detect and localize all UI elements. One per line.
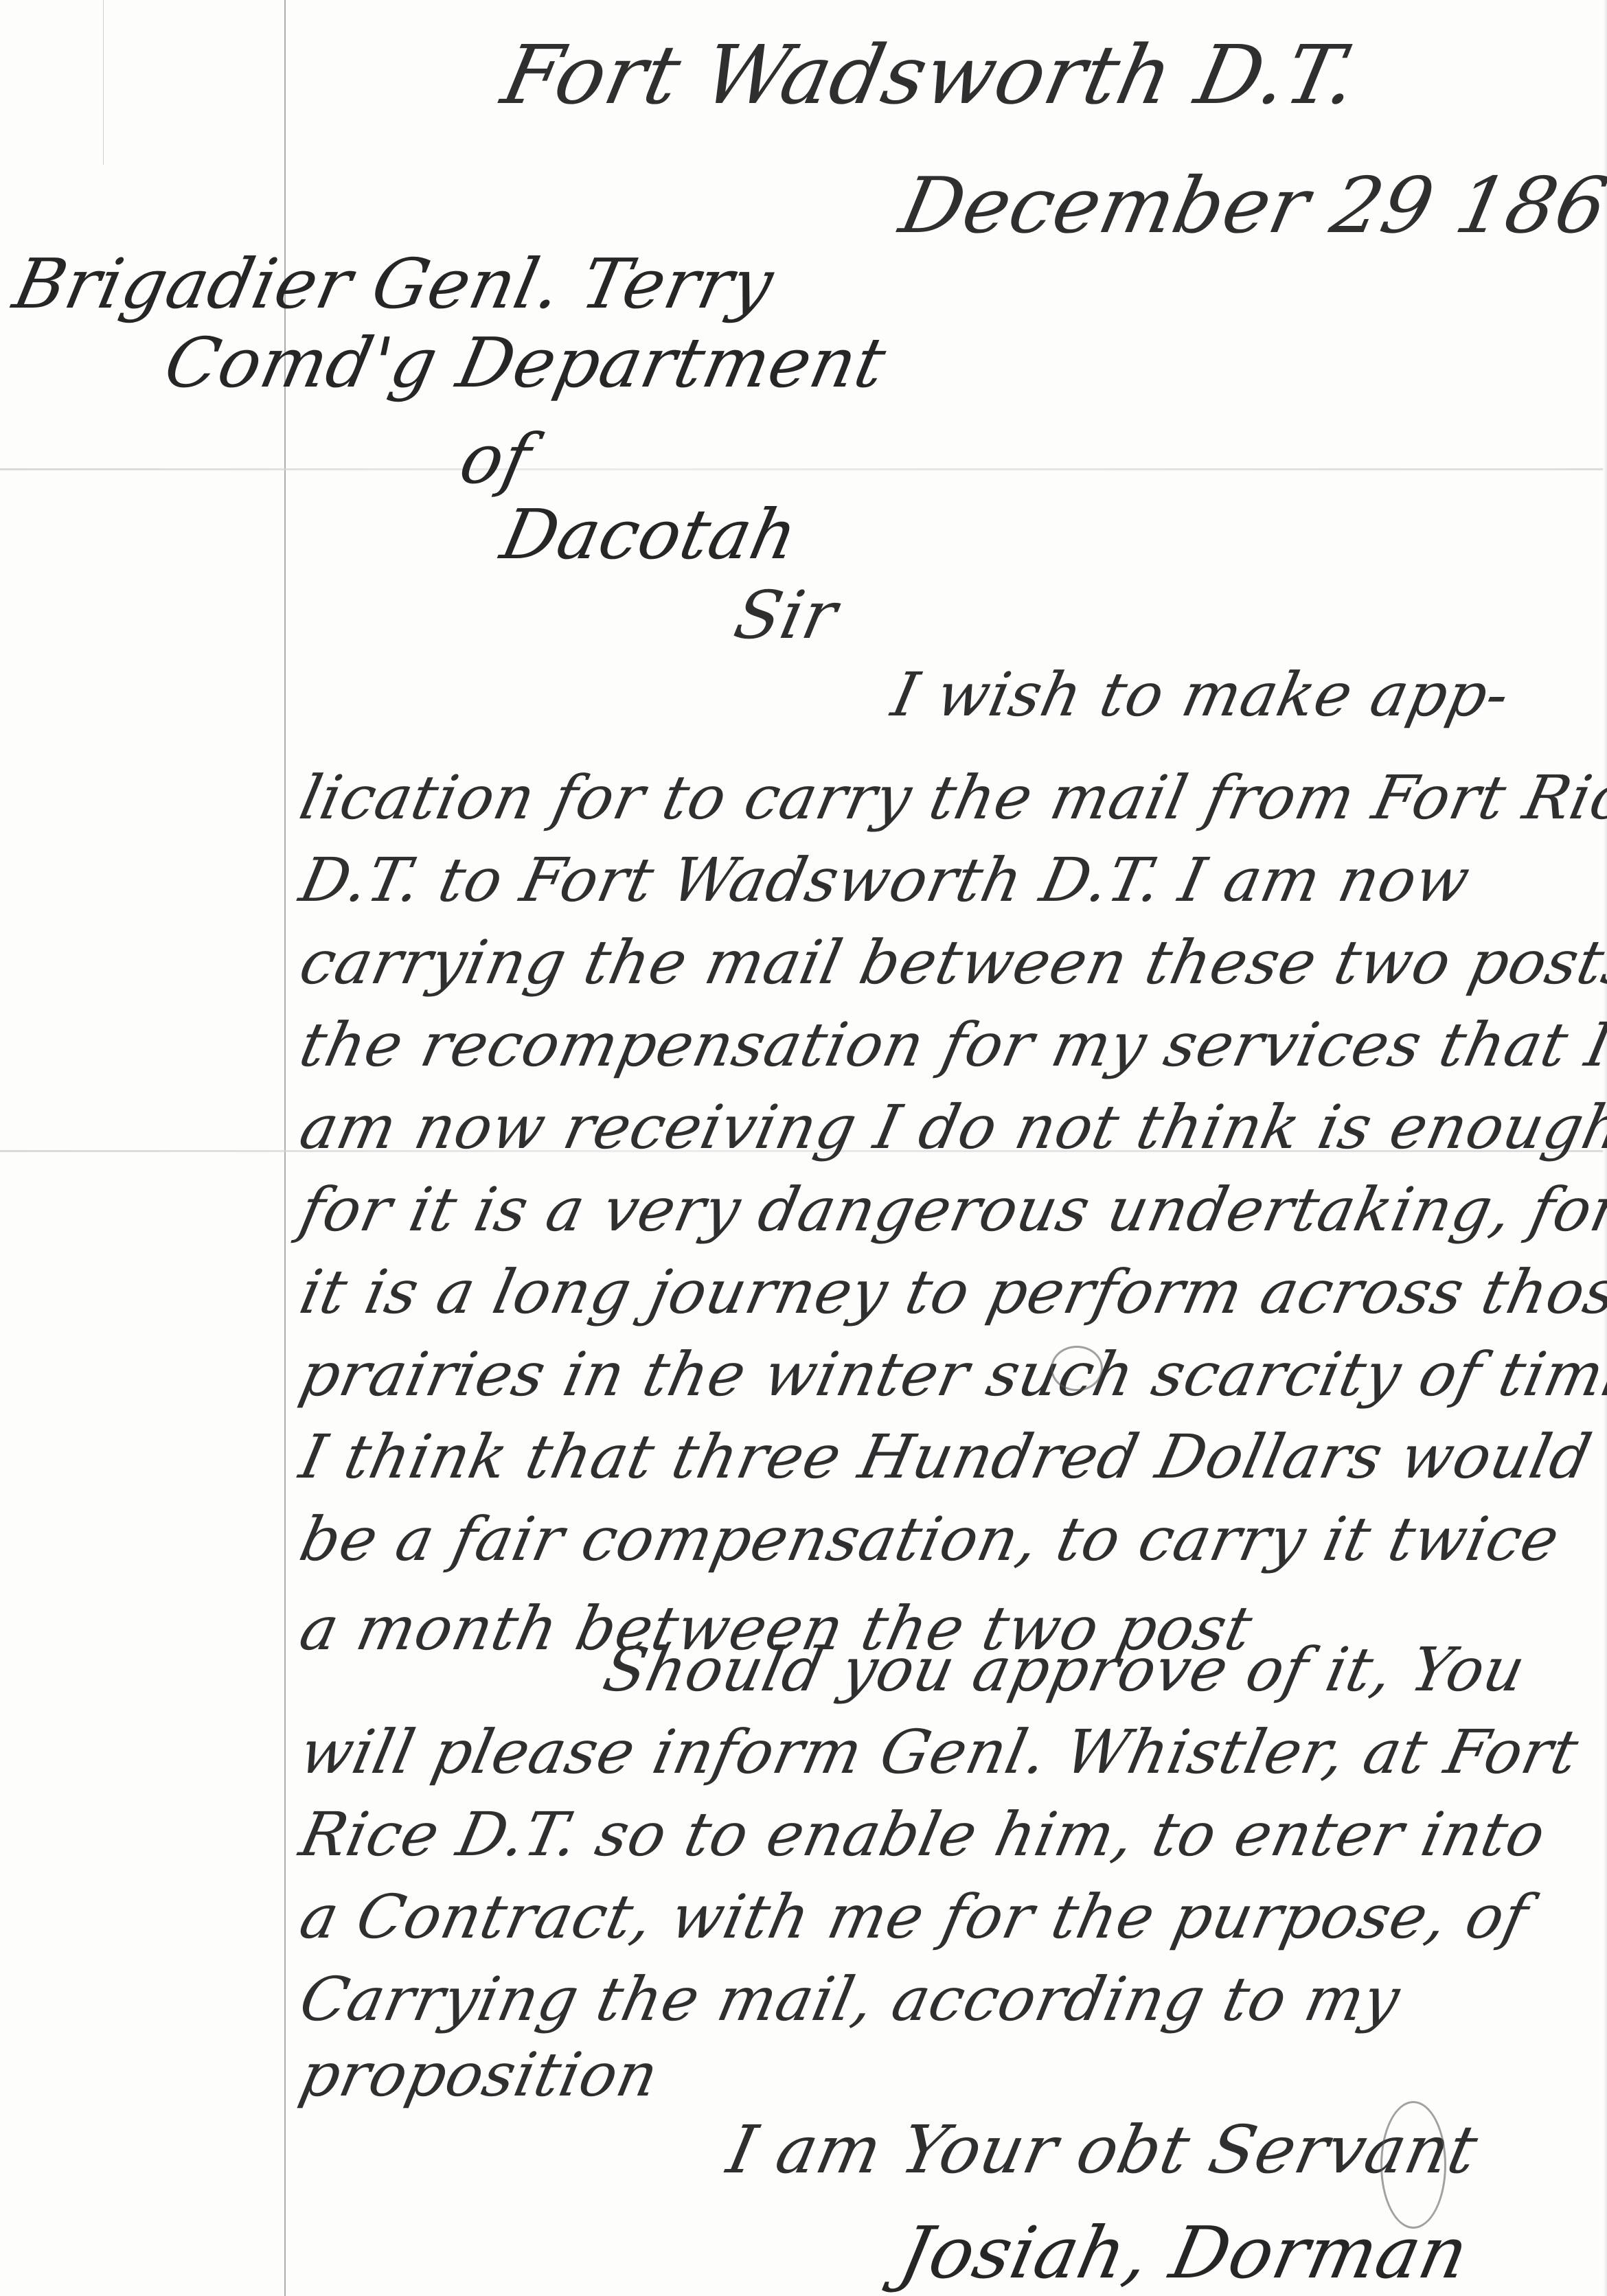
- addressee-of: of: [453, 419, 538, 499]
- body-line: it is a long journey to perform across t…: [294, 1256, 1607, 1327]
- salutation: Sir: [728, 577, 844, 654]
- addressee-department: Dacotah: [494, 494, 805, 575]
- addressee-name: Brigadier Genl. Terry: [7, 244, 781, 324]
- body-line: am now receiving I do not think is enoug…: [294, 1092, 1607, 1162]
- letter-page: Fort Wadsworth D.T. December 29 1866. Br…: [0, 0, 1607, 2296]
- faint-margin-rule: [103, 0, 104, 165]
- body-line: carrying the mail between these two post…: [294, 927, 1607, 998]
- letter-place: Fort Wadsworth D.T.: [494, 27, 1367, 122]
- body-line: I think that three Hundred Dollars would: [294, 1421, 1598, 1492]
- fold-crease: [0, 468, 1607, 470]
- body-line: will please inform Genl. Whistler, at Fo…: [294, 1717, 1585, 1787]
- signature-flourish: [1380, 2101, 1446, 2229]
- body-line: prairies in the winter such scarcity of …: [294, 1339, 1607, 1410]
- body-line: Rice D.T. so to enable him, to enter int…: [294, 1799, 1552, 1870]
- letter-date: December 29 1866.: [893, 161, 1607, 251]
- body-line: Should you approve of it, You: [597, 1634, 1531, 1705]
- body-line: I wish to make app-: [886, 659, 1516, 730]
- signature: Josiah, Dorman: [893, 2211, 1476, 2295]
- body-line: D.T. to Fort Wadsworth D.T. I am now: [294, 845, 1477, 915]
- body-line: Carrying the mail, according to my: [294, 1964, 1406, 2034]
- body-line: a Contract, with me for the purpose, of: [294, 1881, 1535, 1952]
- body-line: for it is a very dangerous undertaking, …: [294, 1174, 1607, 1245]
- closing: I am Your obt Servant: [721, 2111, 1485, 2188]
- body-line: be a fair compensation, to carry it twic…: [294, 1504, 1566, 1574]
- ink-flourish: [1051, 1346, 1103, 1391]
- body-line: proposition: [294, 2039, 665, 2110]
- body-line: lication for to carry the mail from Fort…: [294, 762, 1607, 833]
- body-line: the recompensation for my services that …: [294, 1009, 1607, 1080]
- addressee-title: Comd'g Department: [158, 323, 893, 403]
